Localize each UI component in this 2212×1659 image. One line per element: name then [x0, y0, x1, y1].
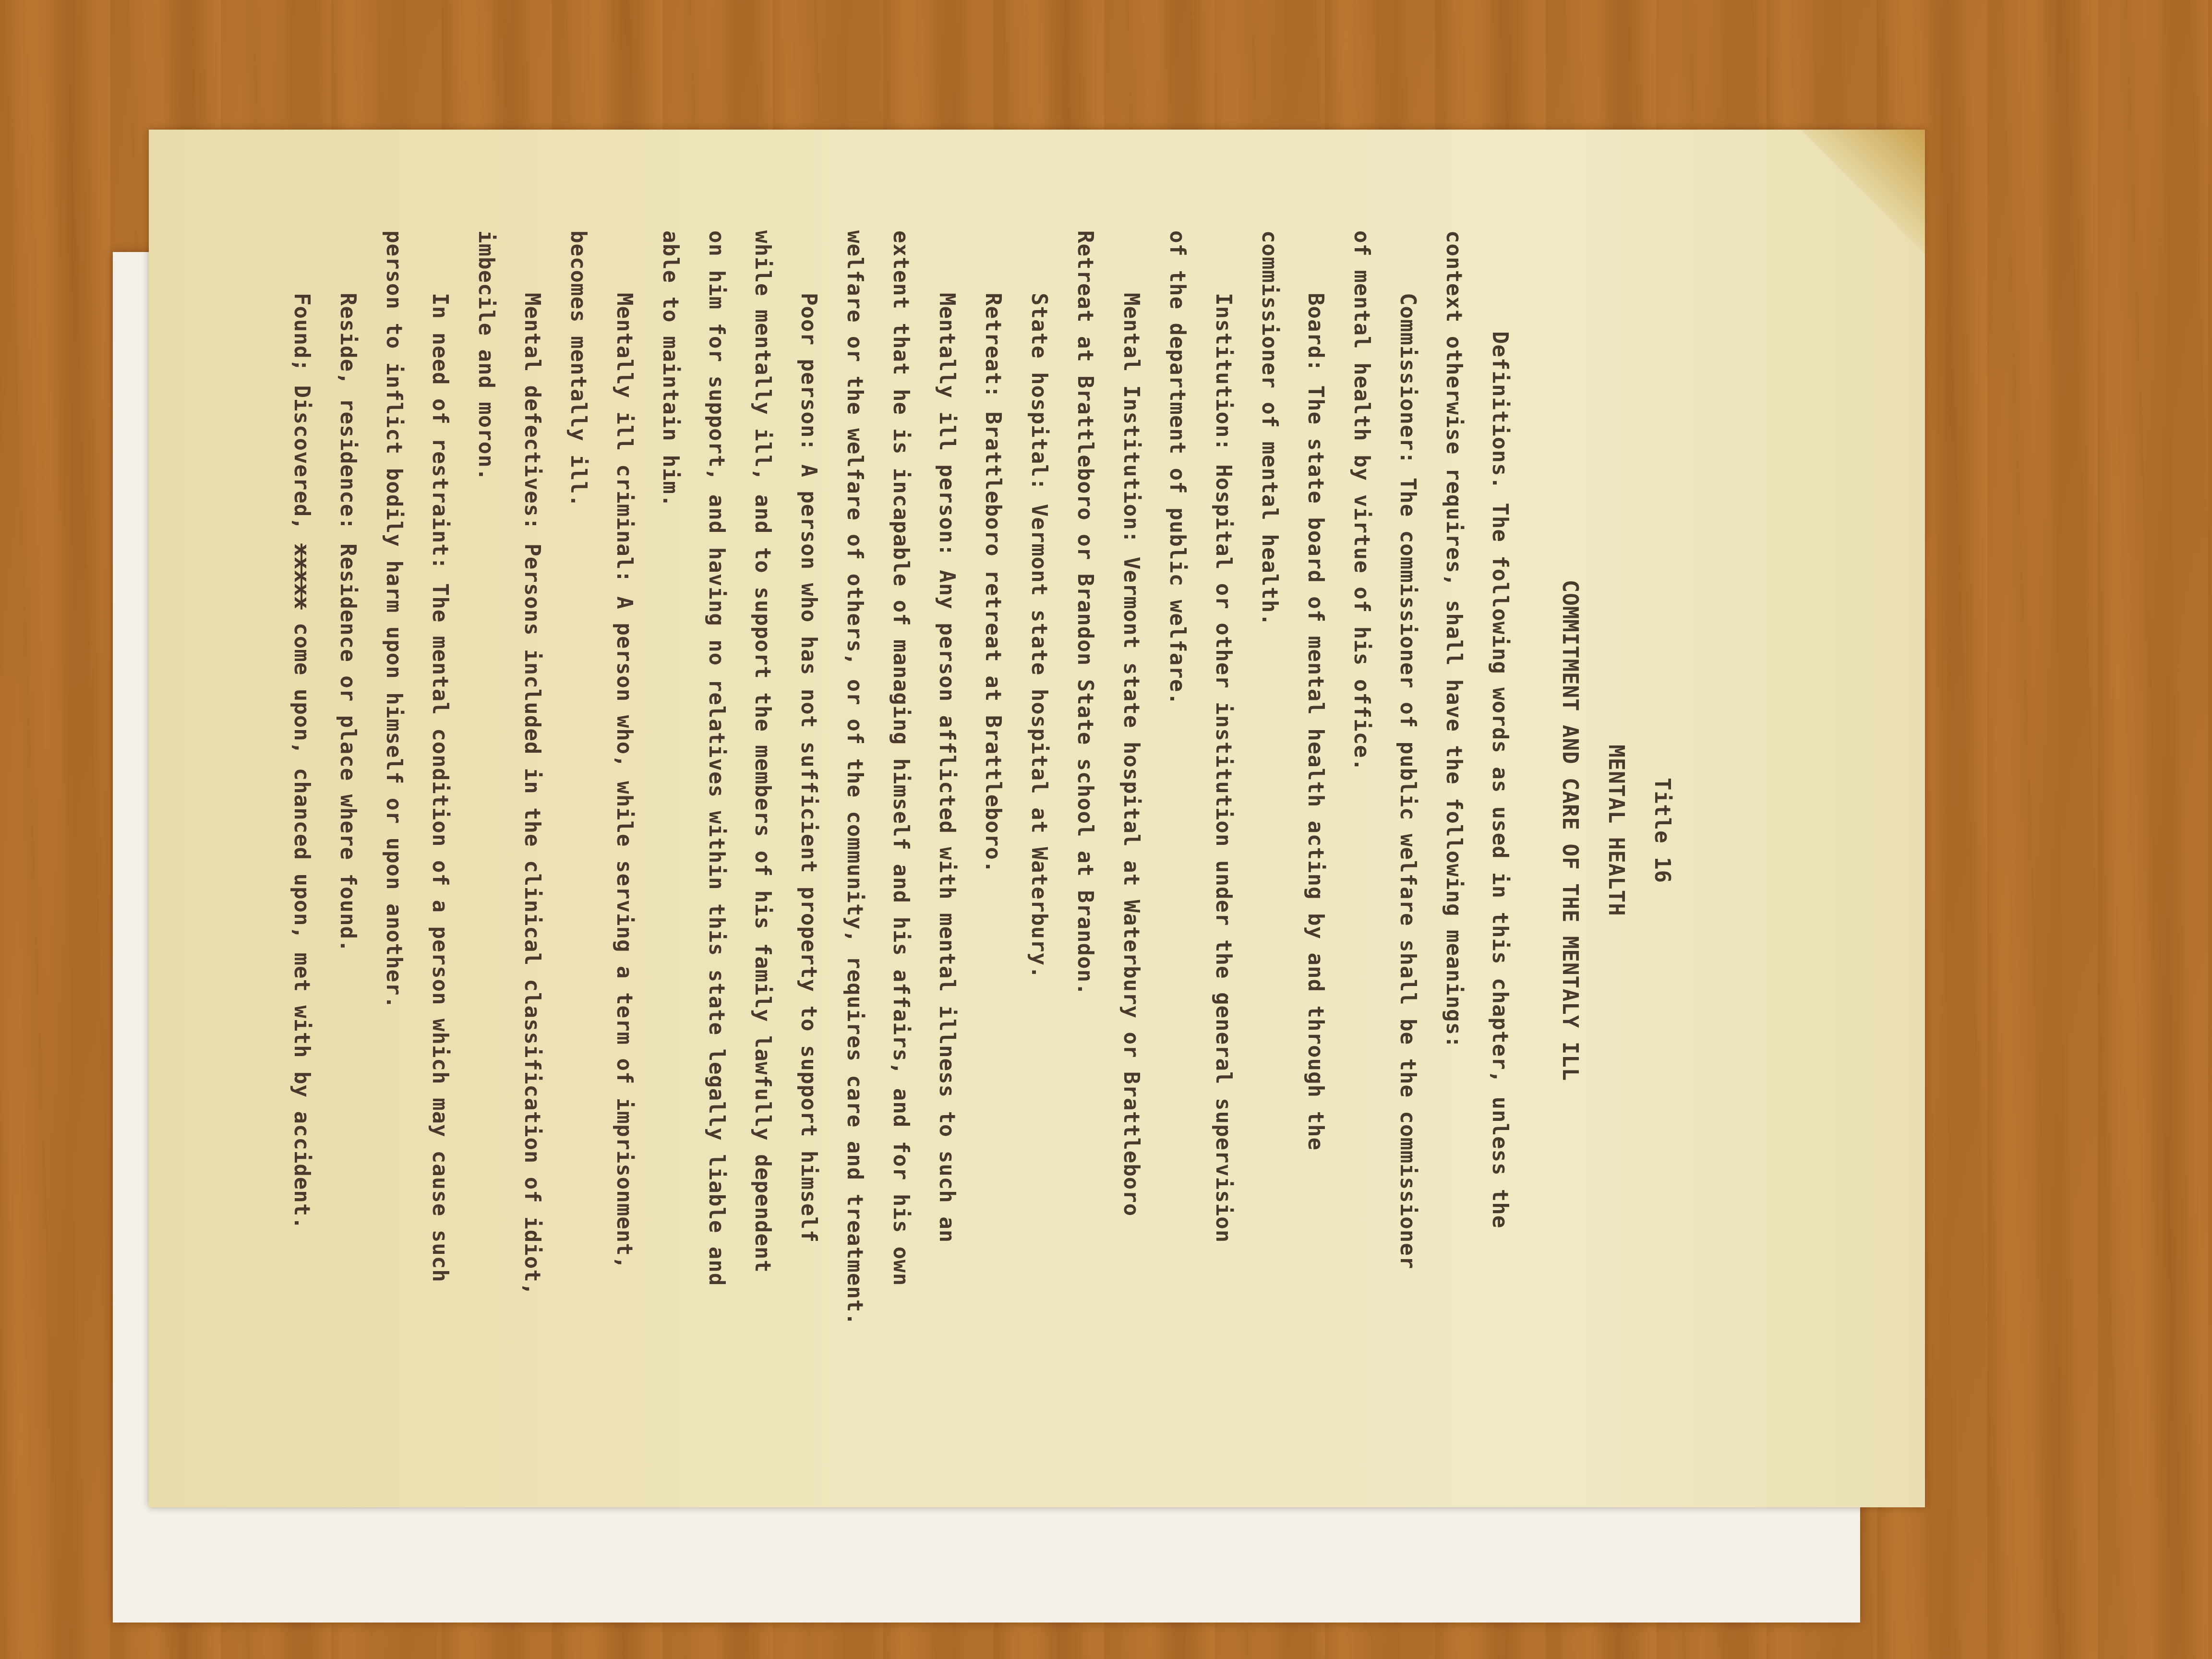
document-subtitle: MENTAL HEALTH [1593, 230, 1639, 1431]
text-line: context otherwise requires, shall have t… [1431, 230, 1477, 1431]
text-line: Commissioner: The commissioner of public… [1384, 230, 1431, 1431]
text-line: becomes mentally ill. [555, 230, 601, 1431]
text-line: Mental Institution: Vermont state hospit… [1108, 230, 1154, 1431]
text-line: person to inflict bodily harm upon himse… [371, 230, 417, 1431]
text-line-found: Found; Discovered, xxxxx come upon, chan… [278, 230, 325, 1431]
found-text: Found; Discovered, [289, 293, 314, 543]
struck-text: xxxxx [289, 543, 314, 609]
found-text-end: come upon, chanced upon, met with by acc… [289, 610, 314, 1230]
text-line: Retreat: Brattleboro retreat at Brattleb… [970, 230, 1016, 1431]
text-line: extent that he is incapable of managing … [878, 230, 924, 1431]
folded-corner [1762, 130, 1925, 274]
text-line: Poor person: A person who has not suffic… [785, 230, 831, 1431]
text-line: while mentally ill, and to support the m… [739, 230, 785, 1431]
definitions-list: Definitions. The following words as used… [325, 230, 1523, 1431]
text-line: Retreat at Brattleboro or Brandon State … [1062, 230, 1108, 1431]
text-line: imbecile and moron. [463, 230, 509, 1431]
text-line: on him for support, and having no relati… [693, 230, 739, 1431]
text-line: Definitions. The following words as used… [1477, 230, 1523, 1431]
text-line: able to maintain him. [647, 230, 693, 1431]
text-line: Mentally ill person: Any person afflicte… [924, 230, 970, 1431]
text-line: of the department of public welfare. [1154, 230, 1200, 1431]
text-line: welfare or the welfare of others, or of … [831, 230, 878, 1431]
text-line: State hospital: Vermont state hospital a… [1016, 230, 1062, 1431]
text-line: Institution: Hospital or other instituti… [1200, 230, 1246, 1431]
text-line: Reside, residence: Residence or place wh… [325, 230, 371, 1431]
text-line: Board: The state board of mental health … [1292, 230, 1338, 1431]
document-heading: COMMITMENT AND CARE OF THE MENTALY ILL [1547, 230, 1593, 1431]
text-line: commissioner of mental health. [1246, 230, 1292, 1431]
text-line: of mental health by virtue of his office… [1338, 230, 1384, 1431]
text-line: In need of restraint: The mental conditi… [417, 230, 463, 1431]
text-line: Mentally ill criminal: A person who, whi… [601, 230, 647, 1431]
text-line: Mental defectives: Persons included in t… [509, 230, 555, 1431]
document-text: Title 16 MENTAL HEALTH COMMITMENT AND CA… [278, 230, 1685, 1431]
document-title: Title 16 [1639, 230, 1685, 1431]
